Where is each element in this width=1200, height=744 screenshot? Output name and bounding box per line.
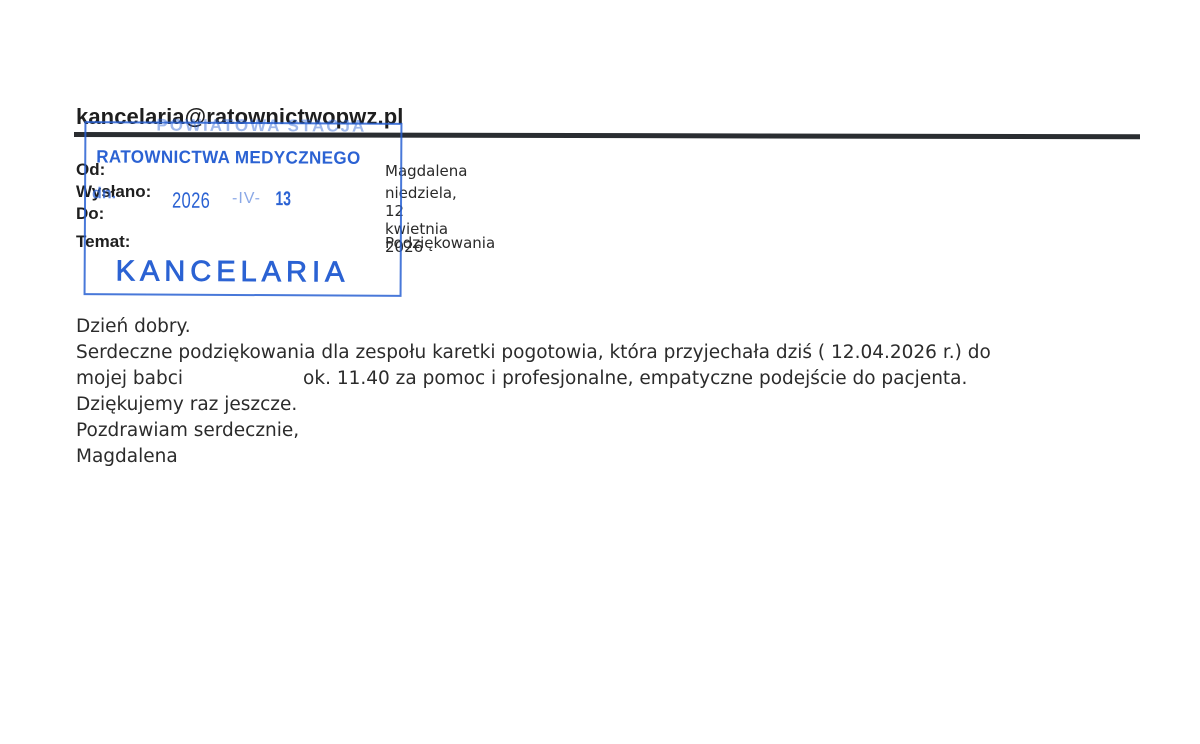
sender-email-heading: kancelaria@ratownictwopwz.pl (76, 104, 403, 130)
header-subject-label: Temat: (76, 232, 130, 252)
header-from-value: Magdalena (385, 162, 467, 180)
stamp-line2: RATOWNICTWA MEDYCZNEGO (96, 147, 361, 169)
header-from-label: Od: (76, 160, 105, 180)
header-to-label: Do: (76, 204, 104, 224)
body-signature: Magdalena (76, 444, 991, 470)
stamp-date-day: 13 (275, 188, 291, 211)
stamp-main-text: KANCELARIA (116, 255, 350, 289)
header-sent-label: Wysłano: (76, 182, 151, 202)
body-line: mojej babciok. 11.40 za pomoc i profesjo… (76, 366, 991, 392)
header-divider (74, 132, 1140, 139)
body-line: Serdeczne podziękowania dla zespołu kare… (76, 340, 991, 366)
body-line: Dziękujemy raz jeszcze. (76, 392, 991, 418)
body-greeting: Dzień dobry. (76, 314, 991, 340)
body-line-part: mojej babci (76, 368, 183, 389)
receipt-stamp: POWIATOWA STACJA RATOWNICTWA MEDYCZNEGO … (84, 121, 403, 297)
body-line-part: ok. 11.40 za pomoc i profesjonalne, empa… (303, 368, 967, 389)
body-closing: Pozdrawiam serdecznie, (76, 418, 991, 444)
email-body: Dzień dobry. Serdeczne podziękowania dla… (76, 314, 991, 470)
stamp-date-month: -IV- (232, 190, 261, 208)
stamp-date-year: 2026 (172, 188, 210, 214)
header-subject-value: Podziękowania (385, 234, 495, 252)
